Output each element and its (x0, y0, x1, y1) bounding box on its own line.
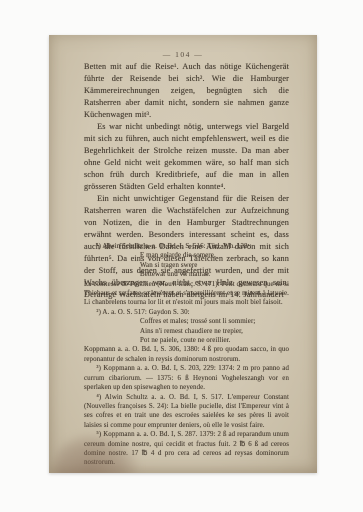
footnote-line: ¹) Alwin Schultz a. a. O. Bd. I, S. 516:… (84, 242, 289, 251)
footnotes-block: ¹) Alwin Schultz a. a. O. Bd. I, S. 516:… (84, 242, 289, 468)
footnote-line: La comtesse de Ponthieu (Nouv. franç. S.… (84, 280, 289, 308)
footnote-line: Koppmann a. a. O. Bd. I, S. 306, 1380: 4… (84, 345, 289, 364)
footnote-verse-line: Pot ne paiele, coute ne oreillier. (84, 336, 289, 345)
footnote-verse-line: E man gelarde die somere, (84, 251, 289, 260)
footnote-verse-line: Coffres et males; trossé sont li sommier… (84, 317, 289, 326)
footnote-verse-line: Ains n'i remest chaudiere ne trepier, (84, 327, 289, 336)
body-paragraph: Es war nicht unbedingt nötig, unterwegs … (84, 121, 289, 193)
body-paragraph: Betten mit auf die Reise¹. Auch das nöti… (84, 61, 289, 121)
page-number: — 104 — (49, 50, 317, 59)
footnote-line: ²) A. a. O. S. 517: Gaydon S. 30: (84, 308, 289, 317)
book-page: — 104 — Betten mit auf die Reise¹. Auch … (49, 35, 317, 473)
footnote-line: ³) Koppmann a. a. O. Bd. I, S. 203, 229:… (84, 364, 289, 392)
footnote-verse-line: Wan si tragen swere (84, 261, 289, 270)
scan-background: — 104 — Betten mit auf die Reise¹. Auch … (0, 0, 363, 512)
footnote-line: ⁴) Alwin Schultz a. a. O. Bd. I, S. 517.… (84, 393, 289, 431)
footnote-verse-line: Bettewat und vil matraz. (84, 270, 289, 279)
